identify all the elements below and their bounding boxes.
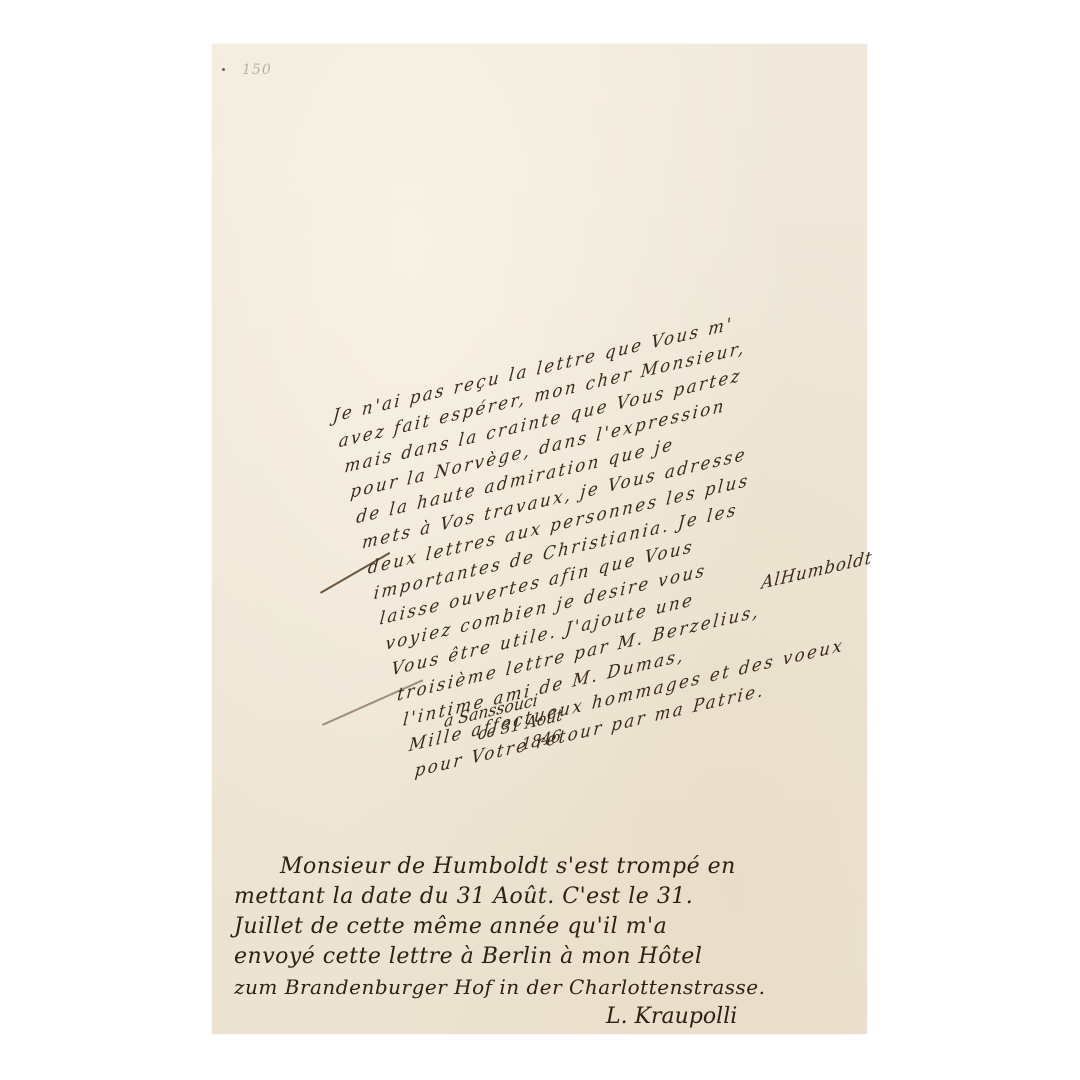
letter-page: 150 Je n'ai pas reçu la lettre que Vous …: [212, 44, 867, 1034]
postscript-line: Monsieur de Humboldt s'est trompé en: [234, 852, 854, 882]
postscript-note: Monsieur de Humboldt s'est trompé en met…: [234, 852, 854, 1032]
postscript-line: zum Brandenburger Hof in der Charlottens…: [234, 972, 854, 1002]
ink-speck: [222, 68, 225, 71]
postscript-line: Juillet de cette même année qu'il m'a: [234, 912, 854, 942]
postscript-line: mettant la date du 31 Août. C'est le 31.: [234, 882, 854, 912]
humboldt-note: Je n'ai pas reçu la lettre que Vous m' a…: [330, 287, 924, 784]
postscript-line: envoyé cette lettre à Berlin à mon Hôtel: [234, 942, 854, 972]
folio-number: 150: [242, 62, 272, 78]
postscript-signature: L. Kraupolli: [234, 1002, 854, 1032]
